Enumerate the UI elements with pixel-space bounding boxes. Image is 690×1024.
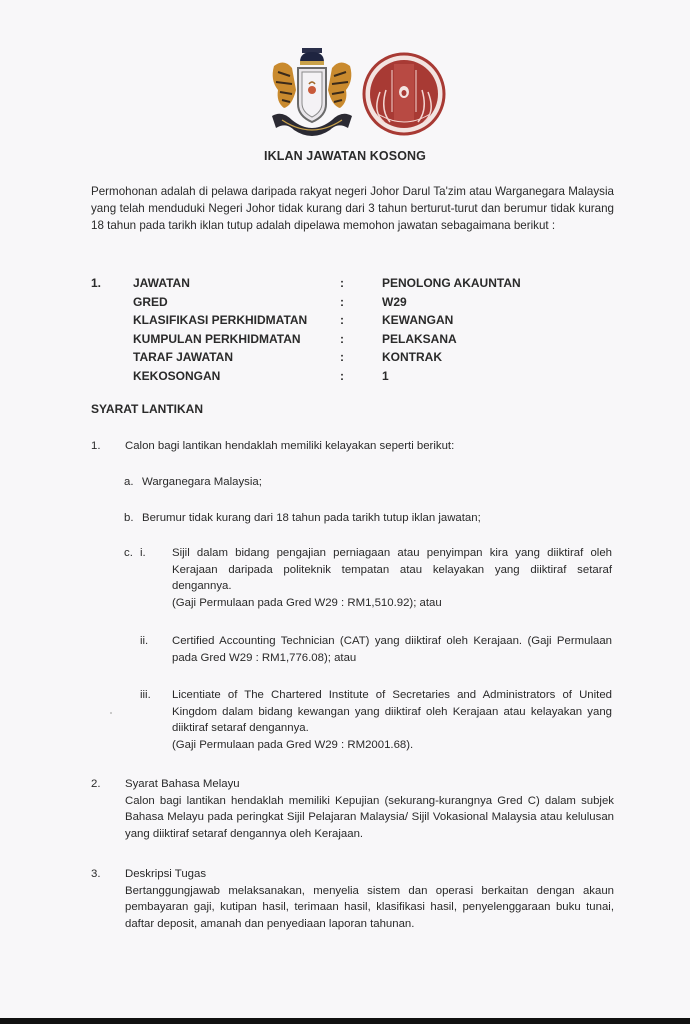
- job-label: JAWATAN: [133, 276, 190, 290]
- item-content: Syarat Bahasa Melayu Calon bagi lantikan…: [125, 776, 614, 842]
- option-description: Licentiate of The Chartered Institute of…: [172, 687, 612, 737]
- item-marker: b.: [124, 510, 134, 527]
- coat-of-arms-icon: [262, 46, 362, 142]
- option-text: Certified Accounting Technician (CAT) ya…: [172, 633, 612, 666]
- screen-bottom-edge: [0, 1018, 690, 1024]
- job-row: 1. JAWATAN : PENOLONG AKAUNTAN: [91, 276, 611, 295]
- item-heading: Syarat Bahasa Melayu: [125, 776, 614, 793]
- job-colon: :: [340, 369, 344, 383]
- job-value: KONTRAK: [382, 350, 442, 364]
- item-text: Bertanggungjawab melaksanakan, menyelia …: [125, 883, 614, 933]
- job-colon: :: [340, 276, 344, 290]
- job-row: KLASIFIKASI PERKHIDMATAN : KEWANGAN: [91, 313, 611, 332]
- item-number: 3.: [91, 866, 101, 883]
- document-page: IKLAN JAWATAN KOSONG Permohonan adalah d…: [0, 0, 690, 1018]
- item-number: 1.: [91, 438, 101, 455]
- job-colon: :: [340, 332, 344, 346]
- item-marker: c.: [124, 545, 133, 562]
- job-label: KEKOSONGAN: [133, 369, 220, 383]
- item-number: 2.: [91, 776, 101, 793]
- item-marker: a.: [124, 474, 134, 491]
- job-value: 1: [382, 369, 389, 383]
- option-description: Sijil dalam bidang pengajian perniagaan …: [172, 545, 612, 595]
- option-description: Certified Accounting Technician (CAT) ya…: [172, 633, 612, 666]
- job-colon: :: [340, 350, 344, 364]
- job-label: TARAF JAWATAN: [133, 350, 233, 364]
- option-salary: (Gaji Permulaan pada Gred W29 : RM2001.6…: [172, 737, 612, 754]
- option-salary: (Gaji Permulaan pada Gred W29 : RM1,510.…: [172, 595, 612, 612]
- job-value: W29: [382, 295, 407, 309]
- sub-marker: ii.: [140, 633, 148, 650]
- intro-paragraph: Permohonan adalah di pelawa daripada rak…: [91, 183, 614, 234]
- sub-marker: i.: [140, 545, 146, 562]
- item-text: Berumur tidak kurang dari 18 tahun pada …: [142, 510, 612, 527]
- round-seal-icon: [362, 52, 446, 136]
- job-number: 1.: [91, 276, 101, 290]
- job-row: GRED : W29: [91, 295, 611, 314]
- job-value: PENOLONG AKAUNTAN: [382, 276, 521, 290]
- sub-marker: iii.: [140, 687, 151, 704]
- header-logos: [262, 46, 442, 142]
- document-title: IKLAN JAWATAN KOSONG: [0, 149, 690, 163]
- job-value: KEWANGAN: [382, 313, 453, 327]
- job-value: PELAKSANA: [382, 332, 457, 346]
- item-text: Calon bagi lantikan hendaklah memiliki k…: [125, 438, 454, 455]
- option-text: Licentiate of The Chartered Institute of…: [172, 687, 612, 753]
- job-colon: :: [340, 295, 344, 309]
- requirements-heading: SYARAT LANTIKAN: [91, 402, 203, 416]
- job-label: KLASIFIKASI PERKHIDMATAN: [133, 313, 307, 327]
- job-colon: :: [340, 313, 344, 327]
- job-row: KUMPULAN PERKHIDMATAN : PELAKSANA: [91, 332, 611, 351]
- item-text: Calon bagi lantikan hendaklah memiliki K…: [125, 793, 614, 843]
- job-label: GRED: [133, 295, 168, 309]
- job-details-table: 1. JAWATAN : PENOLONG AKAUNTAN GRED : W2…: [91, 276, 611, 387]
- item-content: Deskripsi Tugas Bertanggungjawab melaksa…: [125, 866, 614, 932]
- scan-speck: [110, 712, 112, 714]
- item-text: Warganegara Malaysia;: [142, 474, 262, 491]
- job-row: TARAF JAWATAN : KONTRAK: [91, 350, 611, 369]
- job-row: KEKOSONGAN : 1: [91, 369, 611, 388]
- option-text: Sijil dalam bidang pengajian perniagaan …: [172, 545, 612, 611]
- job-label: KUMPULAN PERKHIDMATAN: [133, 332, 301, 346]
- item-heading: Deskripsi Tugas: [125, 866, 614, 883]
